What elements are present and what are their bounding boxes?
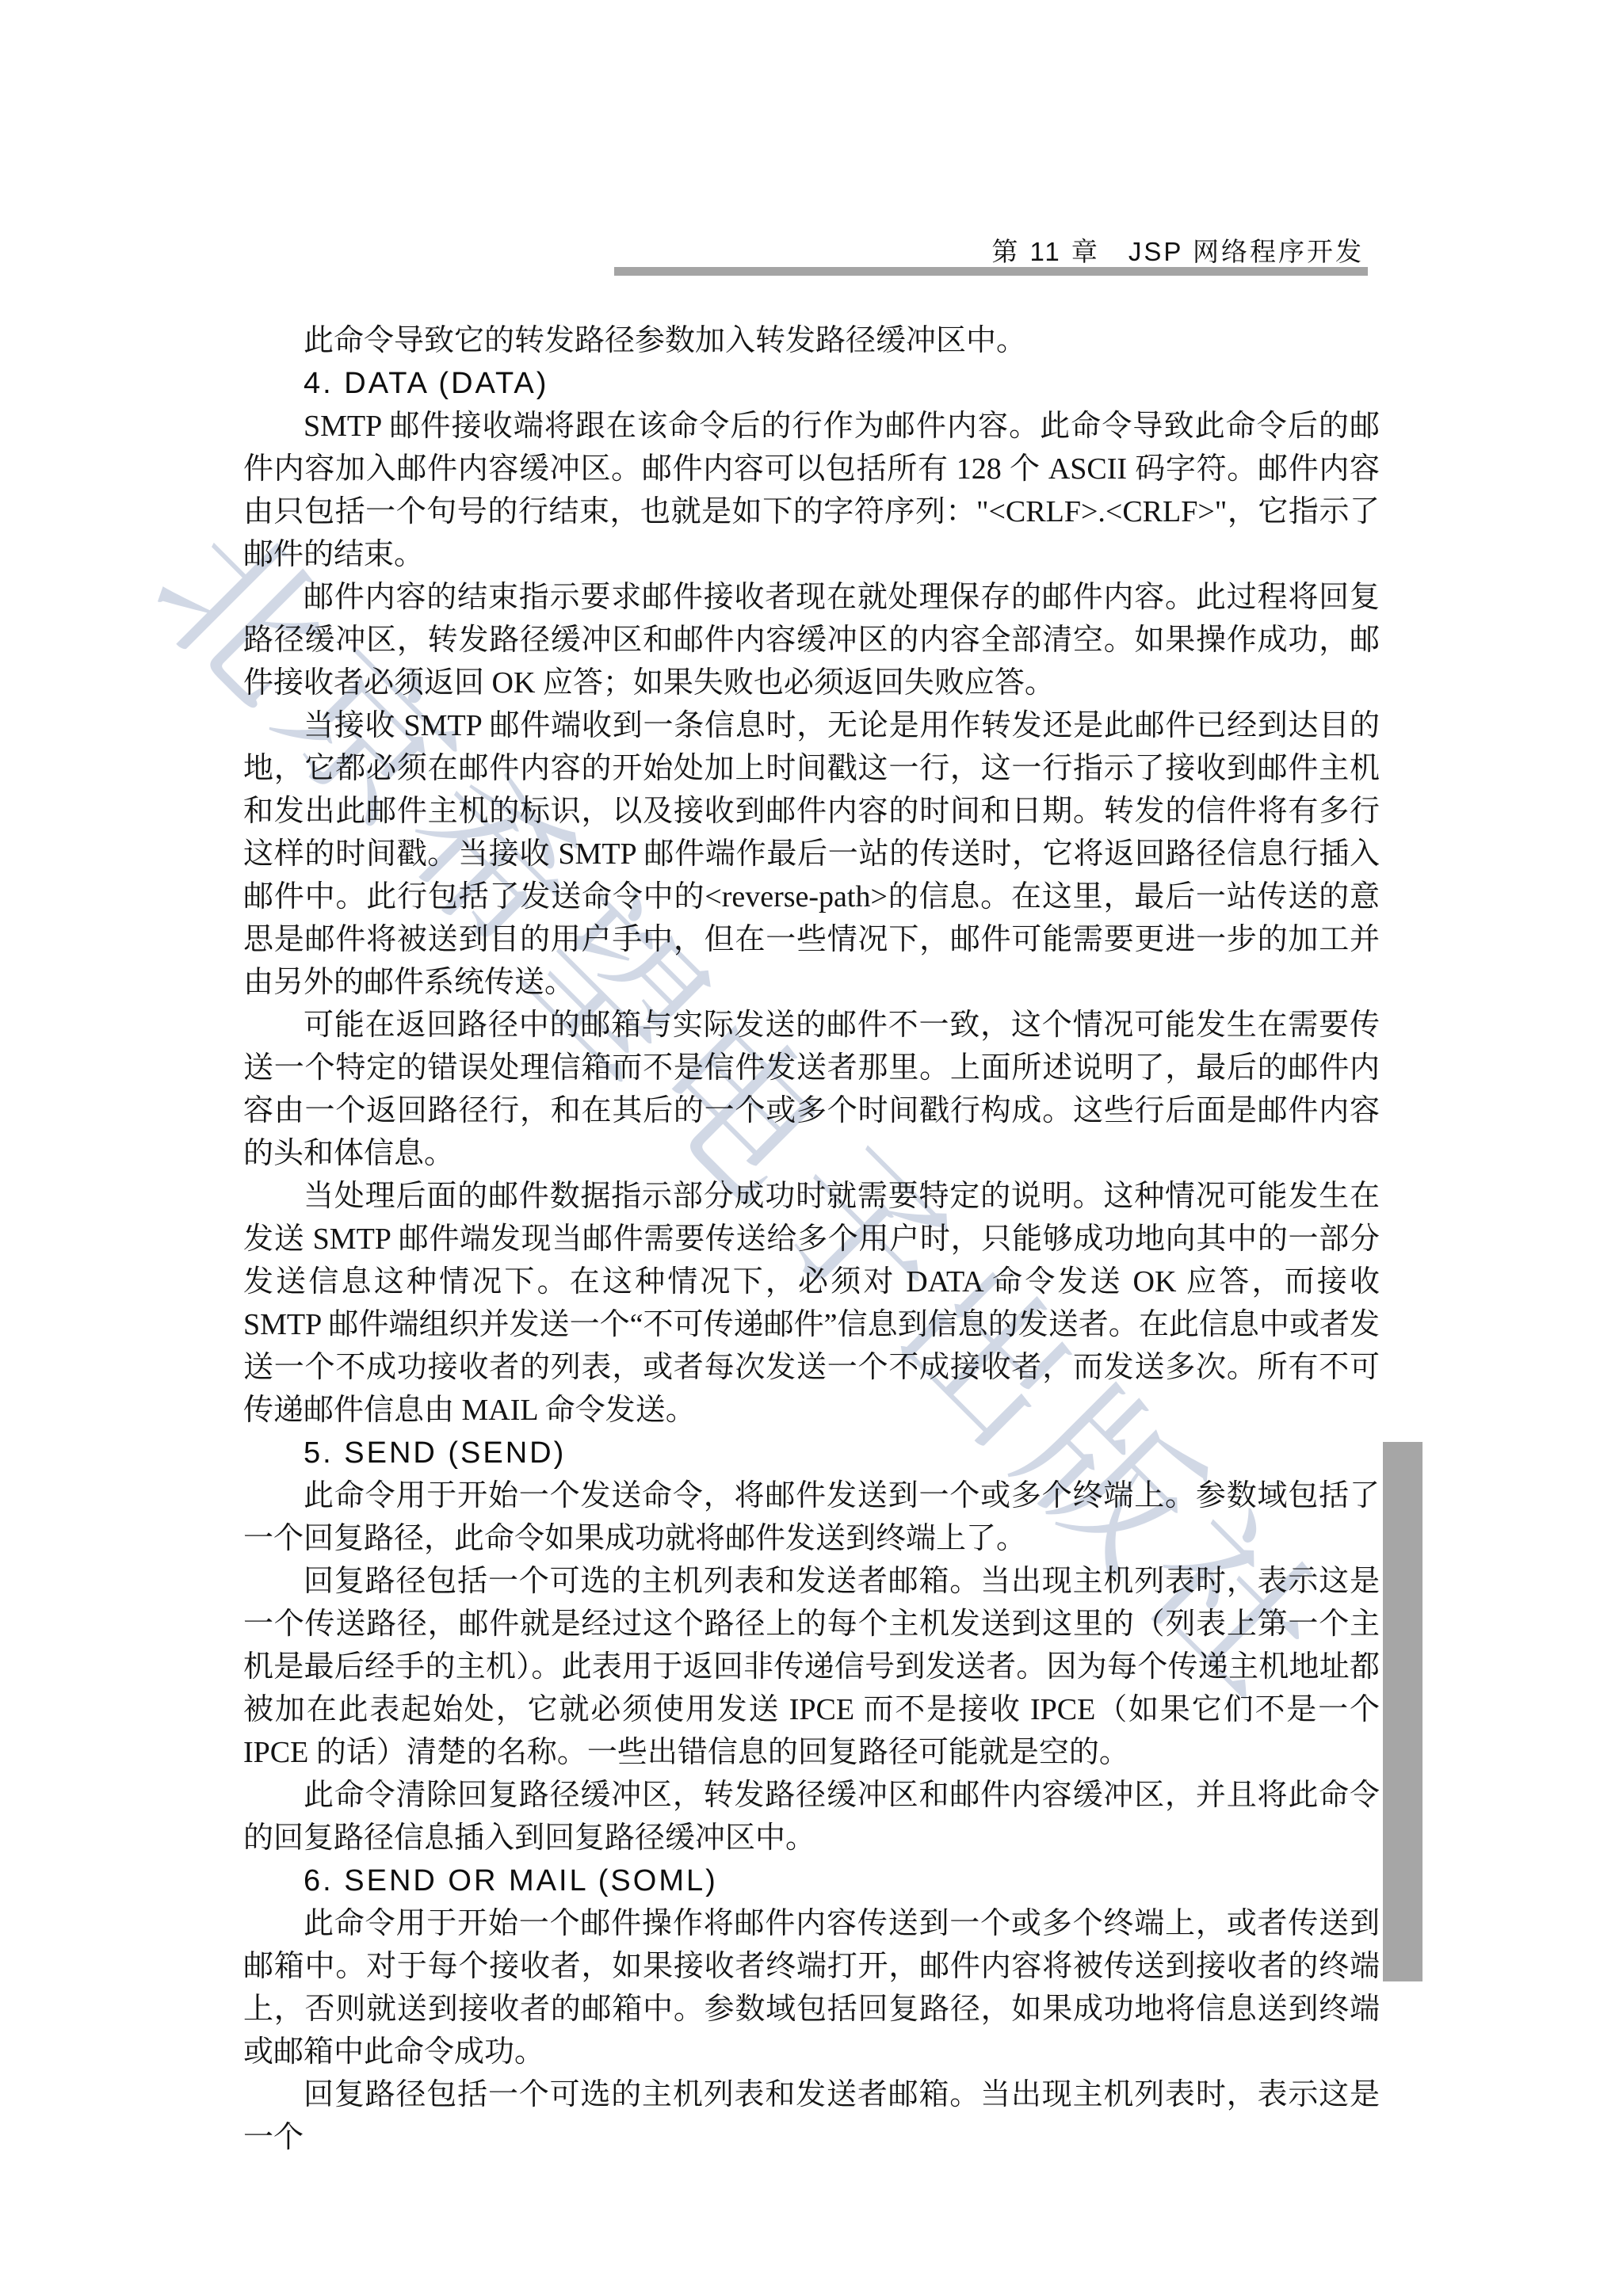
section-heading: 4. DATA (DATA) [243, 362, 1380, 405]
paragraph: 当处理后面的邮件数据指示部分成功时就需要特定的说明。这种情况可能发生在发送 SM… [243, 1175, 1380, 1432]
paragraph: 此命令清除回复路径缓冲区，转发路径缓冲区和邮件内容缓冲区，并且将此命令的回复路径… [243, 1774, 1380, 1859]
paragraph: 此命令用于开始一个发送命令，将邮件发送到一个或多个终端上。参数域包括了一个回复路… [243, 1474, 1380, 1560]
chapter-title: JSP 网络程序开发 [1128, 237, 1364, 266]
section-heading: 5. SEND (SEND) [243, 1432, 1380, 1474]
header-rule [614, 267, 1368, 276]
paragraph: 回复路径包括一个可选的主机列表和发送者邮箱。当出现主机列表时，表示这是一个 [243, 2073, 1380, 2159]
chapter-number: 第 11 章 [991, 237, 1100, 266]
paragraph: 回复路径包括一个可选的主机列表和发送者邮箱。当出现主机列表时，表示这是一个传送路… [243, 1560, 1380, 1774]
paragraph: 当接收 SMTP 邮件端收到一条信息时，无论是用作转发还是此邮件已经到达目的地，… [243, 704, 1380, 1004]
body-text: 此命令导致它的转发路径参数加入转发路径缓冲区中。4. DATA (DATA)SM… [243, 319, 1380, 2159]
paragraph: 此命令导致它的转发路径参数加入转发路径缓冲区中。 [243, 319, 1380, 362]
paragraph: 邮件内容的结束指示要求邮件接收者现在就处理保存的邮件内容。此过程将回复路径缓冲区… [243, 576, 1380, 704]
paragraph: SMTP 邮件接收端将跟在该命令后的行作为邮件内容。此命令导致此命令后的邮件内容… [243, 405, 1380, 576]
paragraph: 可能在返回路径中的邮箱与实际发送的邮件不一致，这个情况可能发生在需要传送一个特定… [243, 1004, 1380, 1175]
section-heading: 6. SEND OR MAIL (SOML) [243, 1859, 1380, 1902]
book-page: 北京希望电子出版社 第 11 章JSP 网络程序开发 此命令导致它的转发路径参数… [0, 0, 1623, 2296]
running-header: 第 11 章JSP 网络程序开发 [991, 231, 1364, 269]
page-edge-marker [1383, 1442, 1423, 1981]
paragraph: 此命令用于开始一个邮件操作将邮件内容传送到一个或多个终端上，或者传送到邮箱中。对… [243, 1902, 1380, 2073]
